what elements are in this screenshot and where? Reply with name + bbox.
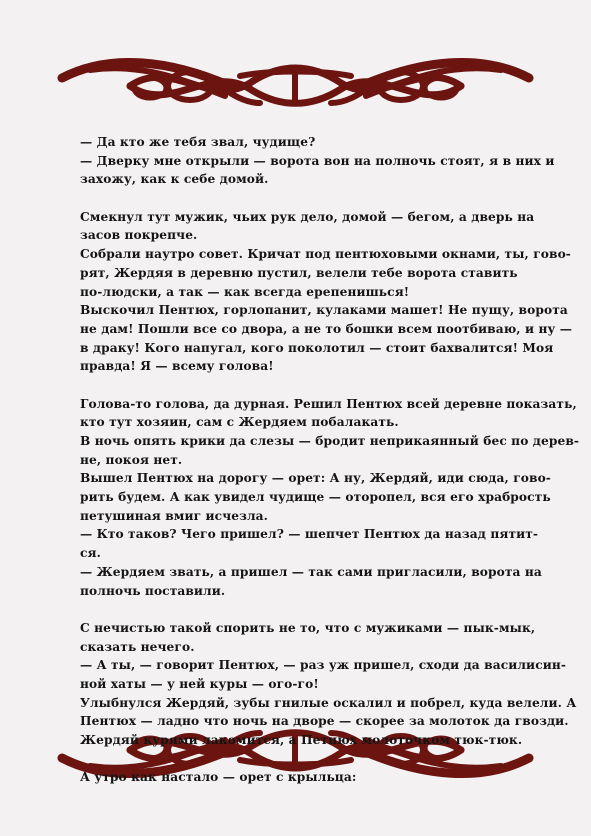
text-line: Улыбнулся Жердяй, зубы гнилые оскалил и … <box>80 694 530 713</box>
paragraph: С нечистью такой спорить не то, что с му… <box>80 619 530 750</box>
text-line: кто тут хозяин, сам с Жердяем побалакать… <box>80 413 530 432</box>
paragraph-gap <box>80 376 530 395</box>
text-line: правда! Я — всему голова! <box>80 357 530 376</box>
text-line: В ночь опять крики да слезы — бродит неп… <box>80 432 530 451</box>
paragraph-gap <box>80 189 530 208</box>
text-line: Голова-то голова, да дурная. Решил Пентю… <box>80 395 530 414</box>
text-line: рить будем. А как увидел чудище — отороп… <box>80 488 530 507</box>
text-line: по-людски, а так — как всегда ерепенишьс… <box>80 283 530 302</box>
text-line: — Да кто же тебя звал, чудище? <box>80 133 530 152</box>
story-text: — Да кто же тебя звал, чудище?— Дверку м… <box>80 133 530 787</box>
text-line: Выскочил Пентюх, горлопанит, кулаками ма… <box>80 301 530 320</box>
text-line: петушиная вмиг исчезла. <box>80 507 530 526</box>
text-line: А утро как настало — орет с крыльца: <box>80 768 530 787</box>
text-line: ной хаты — у ней куры — ого-го! <box>80 675 530 694</box>
text-line: Смекнул тут мужик, чьих рук дело, домой … <box>80 208 530 227</box>
paragraph-gap <box>80 600 530 619</box>
text-line: Жердяй курями лакомится, а Петнюх молото… <box>80 731 530 750</box>
paragraph: — Да кто же тебя звал, чудище?— Дверку м… <box>80 133 530 189</box>
paragraph: А утро как настало — орет с крыльца: <box>80 768 530 787</box>
text-line: не дам! Пошли все со двора, а не то бошк… <box>80 320 530 339</box>
paragraph-gap <box>80 750 530 769</box>
text-line: ся. <box>80 544 530 563</box>
paragraph: Смекнул тут мужик, чьих рук дело, домой … <box>80 208 530 376</box>
text-line: — Кто таков? Чего пришел? — шепчет Пентю… <box>80 525 530 544</box>
text-line: в драку! Кого напугал, кого поколотил — … <box>80 339 530 358</box>
text-line: Пентюх — ладно что ночь на дворе — скоре… <box>80 712 530 731</box>
text-line: рят, Жердяя в деревню пустил, велели теб… <box>80 264 530 283</box>
text-line: Собрали наутро совет. Кричат под пентюхо… <box>80 245 530 264</box>
text-line: — Дверку мне открыли — ворота вон на пол… <box>80 152 530 171</box>
text-line: полночь поставили. <box>80 582 530 601</box>
text-line: сказать нечего. <box>80 638 530 657</box>
text-line: С нечистью такой спорить не то, что с му… <box>80 619 530 638</box>
text-line: засов покрепче. <box>80 226 530 245</box>
celtic-knot-ornament-top <box>0 48 591 118</box>
paragraph: Голова-то голова, да дурная. Решил Пентю… <box>80 395 530 601</box>
text-line: — А ты, — говорит Пентюх, — раз уж прише… <box>80 656 530 675</box>
text-line: захожу, как к себе домой. <box>80 170 530 189</box>
text-line: — Жердяем звать, а пришел — так сами при… <box>80 563 530 582</box>
text-line: Вышел Пентюх на дорогу — орет: А ну, Жер… <box>80 469 530 488</box>
text-line: не, покоя нет. <box>80 451 530 470</box>
